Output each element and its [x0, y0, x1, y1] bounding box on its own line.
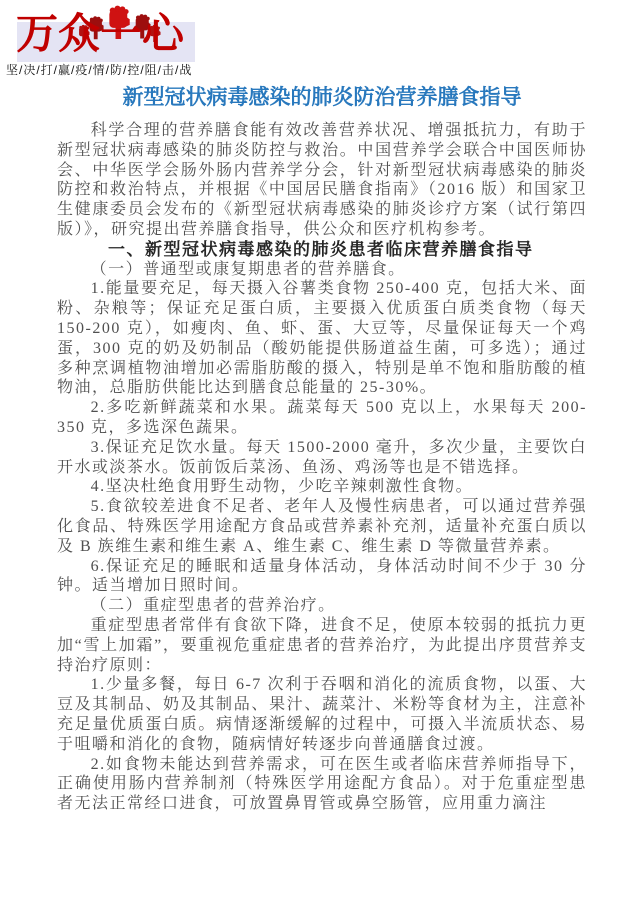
subsection-heading-1-1: （一）普通型或康复期患者的营养膳食。	[57, 260, 587, 280]
document-body: 新型冠状病毒感染的肺炎防治营养膳食指导 科学合理的营养膳食能有效改善营养状况、增…	[0, 0, 636, 814]
paragraph-item-4: 4.坚决杜绝食用野生动物，少吃辛辣刺激性食物。	[57, 477, 587, 497]
section-heading-1: 一、新型冠状病毒感染的肺炎患者临床营养膳食指导	[57, 240, 587, 260]
paragraph-intro: 科学合理的营养膳食能有效改善营养状况、增强抵抗力，有助于新型冠状病毒感染的肺炎防…	[57, 121, 587, 240]
paragraph-item-1: 1.能量要充足，每天摄入谷薯类食物 250-400 克，包括大米、面粉、杂粮等；…	[57, 279, 587, 398]
document-title: 新型冠状病毒感染的肺炎防治营养膳食指导	[57, 84, 587, 111]
logo-slogan: 坚/决/打/赢/疫/情/防/控/阻/击/战	[6, 61, 192, 78]
paragraph-item-6: 6.保证充足的睡眠和适量身体活动，身体活动时间不少于 30 分钟。适当增加日照时…	[57, 557, 587, 597]
paragraph-severe-intro: 重症型患者常伴有食欲下降，进食不足，使原本较弱的抵抗力更加“雪上加霜”，要重视危…	[57, 616, 587, 675]
paragraph-item-2: 2.多吃新鲜蔬菜和水果。蔬菜每天 500 克以上，水果每天 200-350 克，…	[57, 398, 587, 438]
paragraph-severe-item-1: 1.少量多餐，每日 6-7 次利于吞咽和消化的流质食物，以蛋、大豆及其制品、奶及…	[57, 675, 587, 754]
paragraph-item-5: 5.食欲较差进食不足者、老年人及慢性病患者，可以通过营养强化食品、特殊医学用途配…	[57, 497, 587, 556]
paragraph-item-3: 3.保证充足饮水量。每天 1500-2000 毫升，多次少量，主要饮白开水或淡茶…	[57, 438, 587, 478]
subsection-heading-1-2: （二）重症型患者的营养治疗。	[57, 596, 587, 616]
document-page: { "logo": { "title": "万众一心", "slogan": "…	[0, 0, 636, 899]
logo-title: 万众一心	[16, 10, 184, 58]
paragraph-severe-item-2: 2.如食物未能达到营养需求，可在医生或者临床营养师指导下，正确使用肠内营养制剂（…	[57, 755, 587, 814]
